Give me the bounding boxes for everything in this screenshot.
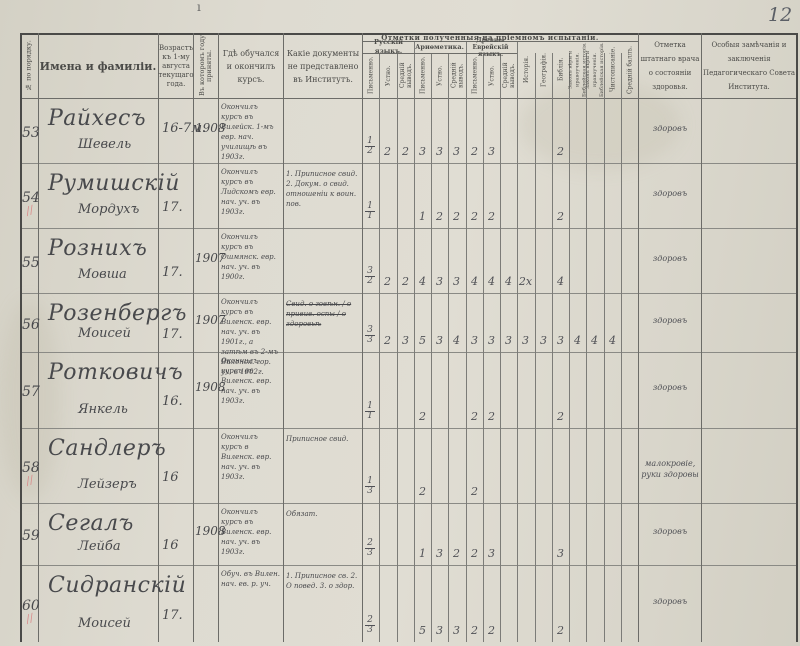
grade-subheader: Чистописаніе. <box>605 42 621 97</box>
grade-value: 3 <box>500 334 517 347</box>
grade-fraction: 32 <box>363 267 377 286</box>
age: 17. <box>162 200 183 215</box>
grade-fraction: 33 <box>363 326 377 345</box>
grade-value: 2 <box>379 145 396 158</box>
grade-value: 4 <box>414 275 431 288</box>
header-doctor: Отметка штатнаго врача о состояніи здоро… <box>639 35 701 97</box>
doctor-note: здоровъ <box>641 123 699 134</box>
header-hebrew: Древне-Еврейскій языкъ. <box>465 40 516 54</box>
grade-value: 3 <box>431 275 448 288</box>
grade-value: 2 <box>414 485 431 498</box>
given-name: Шевель <box>78 137 131 152</box>
rule-line <box>20 503 796 504</box>
grade-denominator: 2 <box>367 276 373 286</box>
surname: Румишскій <box>48 171 180 196</box>
rule-line <box>569 53 570 642</box>
grade-value: 2 <box>483 410 500 423</box>
grade-value: 2 <box>379 275 396 288</box>
grade-subheader: Письменно. <box>415 54 431 97</box>
header-arithmetic: Ариѳметика. <box>414 42 465 52</box>
grade-value: 2 <box>483 210 500 223</box>
top-mark: ı <box>197 0 201 14</box>
grade-value: 3 <box>483 334 500 347</box>
grade-denominator: 2 <box>367 146 373 156</box>
grade-value: 2 <box>552 410 569 423</box>
grade-subheader: Письменно. <box>363 54 379 97</box>
surname: Ротковичъ <box>48 360 183 385</box>
doctor-note: здоровъ <box>641 188 699 199</box>
age: 17. <box>162 265 183 280</box>
grade-value: 2 <box>448 547 465 560</box>
header-number: № по порядку. <box>20 35 38 97</box>
grade-value: 2 <box>466 145 483 158</box>
grade-value: 4 <box>448 334 465 347</box>
grade-value: 4 <box>552 275 569 288</box>
grade-denominator: 3 <box>367 625 373 635</box>
rule-line <box>20 293 796 294</box>
grade-value: 2 <box>466 210 483 223</box>
grade-value: 3 <box>483 547 500 560</box>
rule-line <box>638 33 639 642</box>
rule-line <box>20 163 796 164</box>
given-name: Мовша <box>78 267 127 282</box>
missing-documents: Свид. о говѣн. / о привив. оспы / о здор… <box>286 299 360 329</box>
grade-denominator: 1 <box>367 411 373 421</box>
missing-documents: Обязат. <box>286 509 360 519</box>
given-name: Янкель <box>78 402 128 417</box>
grade-fraction: 11 <box>363 402 377 421</box>
grade-value: 2 <box>397 145 414 158</box>
grade-numerator: 1 <box>367 476 373 486</box>
grade-value: 2 <box>397 275 414 288</box>
doctor-note: здоровъ <box>641 315 699 326</box>
ledger-page: 12 ı № по порядку. Имена и фамиліи. Возр… <box>0 0 800 646</box>
header-studied: Гдѣ обучался и окончилъ курсъ. <box>219 35 283 97</box>
grade-value: 1 <box>414 547 431 560</box>
grade-numerator: 2 <box>367 615 373 625</box>
missing-documents: Приписное свид. <box>286 434 360 444</box>
rule-line <box>701 33 702 642</box>
grade-value: 3 <box>466 334 483 347</box>
age: 16 <box>162 538 179 553</box>
grade-value: 4 <box>569 334 586 347</box>
rule-line <box>158 33 159 642</box>
grade-fraction: 23 <box>363 616 377 635</box>
grade-value: 2 <box>431 210 448 223</box>
rule-line <box>397 53 398 642</box>
given-name: Мордухъ <box>78 202 139 217</box>
grade-value: 3 <box>535 334 552 347</box>
grade-numerator: 1 <box>367 401 373 411</box>
header-year: Въ которомъ году приняты. <box>194 35 218 97</box>
grade-value: 3 <box>552 334 569 347</box>
grade-subheader: Средній выводъ. <box>398 54 414 97</box>
rule-line <box>796 33 798 642</box>
grade-value: 3 <box>431 624 448 637</box>
rule-line <box>379 53 380 642</box>
grade-denominator: 3 <box>367 335 373 345</box>
grade-value: 3 <box>483 145 500 158</box>
grade-subheader: Законъ вѣры и нравоученія. Библейская ис… <box>587 42 604 97</box>
surname: Райхесъ <box>48 106 146 131</box>
age: 17. <box>162 327 183 342</box>
surname: Сандлеръ <box>48 436 166 461</box>
studied-at: Окончилъ курсъ въ Лидскомъ евр. нач. уч.… <box>221 167 281 217</box>
grade-value: 4 <box>483 275 500 288</box>
row-number: 59 <box>22 528 40 544</box>
rule-line <box>586 53 587 642</box>
age: 16. <box>162 394 183 409</box>
grade-value: 1 <box>414 210 431 223</box>
grade-value: 3 <box>448 275 465 288</box>
rule-line <box>20 565 796 566</box>
grade-value: 3 <box>414 145 431 158</box>
grade-value: 4 <box>604 334 621 347</box>
grade-subheader: Устно. <box>484 54 500 97</box>
rule-line <box>621 53 622 642</box>
given-name: Лейзеръ <box>78 477 137 492</box>
grade-value: 4 <box>466 275 483 288</box>
rule-line <box>20 228 796 229</box>
grade-value: 2 <box>552 145 569 158</box>
grade-denominator: 3 <box>367 548 373 558</box>
rule-line <box>535 53 536 642</box>
grade-subheader: Средній баллъ. <box>622 42 638 97</box>
grade-value: 2 <box>414 410 431 423</box>
grade-value: 2 <box>466 485 483 498</box>
studied-at: Окончилъ курсъ въ Виленск. евр. нач. уч.… <box>221 356 281 406</box>
grade-value: 2 <box>379 334 396 347</box>
grade-denominator: 1 <box>367 211 373 221</box>
rule-line <box>20 98 796 99</box>
grade-subheader: Исторія. <box>518 42 535 97</box>
studied-at: Окончилъ курсъ въ Виленск. евр. нач. уч.… <box>221 507 281 557</box>
doctor-note: здоровъ <box>641 253 699 264</box>
age: 17. <box>162 608 183 623</box>
rule-line <box>20 428 796 429</box>
grade-value: 2 <box>466 624 483 637</box>
row-number: 56 <box>22 317 40 333</box>
grade-numerator: 2 <box>367 538 373 548</box>
header-documents: Какіе документы не представлено въ Инсти… <box>284 35 362 97</box>
header-remarks: Особыя замѣчанія и заключенія Педагогиче… <box>702 35 796 97</box>
grade-value: 3 <box>448 145 465 158</box>
grade-value: 5 <box>414 334 431 347</box>
grade-fraction: 11 <box>363 202 377 221</box>
grade-value: 3 <box>552 547 569 560</box>
grade-numerator: 1 <box>367 201 373 211</box>
grade-value: 2 <box>483 624 500 637</box>
header-names: Имена и фамиліи. <box>38 35 158 97</box>
grade-subheader: Средній выводъ. <box>449 54 466 97</box>
studied-at: Обуч. въ Вилен. нач. ев. р. уч. <box>221 569 281 589</box>
surname: Сидранскій <box>48 573 186 598</box>
grade-denominator: 3 <box>367 486 373 496</box>
rule-line <box>283 33 284 642</box>
grade-numerator: 1 <box>367 136 373 146</box>
grade-value: 4 <box>500 275 517 288</box>
studied-at: Окончилъ курсъ в Виленск. евр. нач. уч. … <box>221 432 281 482</box>
grade-value: 3 <box>448 624 465 637</box>
grade-fraction: 23 <box>363 539 377 558</box>
grade-value: 2x <box>517 275 534 288</box>
surname: Рознихъ <box>48 236 147 261</box>
page-number: 12 <box>768 4 792 26</box>
grade-value: 3 <box>431 145 448 158</box>
grade-subheader: Географія. <box>536 42 552 97</box>
grade-value: 2 <box>466 547 483 560</box>
rule-line <box>500 53 501 642</box>
row-number: 55 <box>22 255 40 271</box>
grade-value: 3 <box>397 334 414 347</box>
grade-subheader: Средній выводъ. <box>501 54 517 97</box>
surname: Розенбергъ <box>48 301 187 326</box>
studied-at: Окончилъ курсъ въ Ошмянск. евр. нач. уч.… <box>221 232 281 282</box>
grade-subheader: Письменно. <box>467 54 483 97</box>
grade-value: 3 <box>431 547 448 560</box>
rule-line <box>604 53 605 642</box>
grade-value: 5 <box>414 624 431 637</box>
studied-at: Окончилъ курсъ въ Вилейск. 1-мъ евр. нач… <box>221 102 281 162</box>
doctor-note: малокровіе, руки здоровы <box>641 458 699 480</box>
grade-fraction: 13 <box>363 477 377 496</box>
grade-value: 4 <box>586 334 603 347</box>
grade-value: 3 <box>431 334 448 347</box>
row-number: 53 <box>22 125 40 141</box>
doctor-note: здоровъ <box>641 382 699 393</box>
header-age: Возрастъ къ 1-му августа текущаго года. <box>159 35 193 97</box>
row-number: 57 <box>22 384 40 400</box>
grade-fraction: 12 <box>363 137 377 156</box>
grade-value: 2 <box>466 410 483 423</box>
given-name: Моисей <box>78 326 131 341</box>
missing-documents: 1. Приписное свид. 2. Докум. о свид. отн… <box>286 169 360 209</box>
missing-documents: 1. Приписное св. 2. О повед. 3. о здор. <box>286 571 360 591</box>
grade-value: 3 <box>517 334 534 347</box>
grade-subheader: Законъ вѣры и нравоученія. Библейская ис… <box>570 42 586 97</box>
grade-subheader: Устно. <box>432 54 448 97</box>
grade-subheader: Устно. <box>380 54 397 97</box>
given-name: Моисей <box>78 616 131 631</box>
given-name: Лейба <box>78 539 121 554</box>
doctor-note: здоровъ <box>641 596 699 607</box>
grade-numerator: 3 <box>367 325 373 335</box>
rule-line <box>20 352 796 353</box>
grade-value: 2 <box>448 210 465 223</box>
grade-numerator: 3 <box>367 266 373 276</box>
header-russian: Русскій языкъ. <box>363 42 414 52</box>
doctor-note: здоровъ <box>641 526 699 537</box>
age: 16 <box>162 470 179 485</box>
surname: Сегалъ <box>48 511 134 536</box>
grade-value: 2 <box>552 624 569 637</box>
grade-value: 2 <box>552 210 569 223</box>
